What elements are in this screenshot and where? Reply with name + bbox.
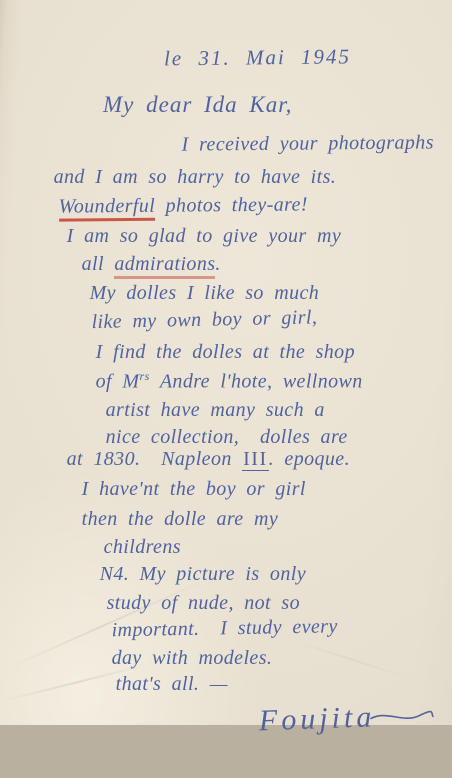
- letter-line: that's all. —: [74, 647, 228, 722]
- letter-paper: le 31. Mai 1945 My dear Ida Kar, I recei…: [0, 0, 452, 725]
- signature-line: Foujita: [211, 658, 437, 725]
- signature-flourish-icon: [369, 706, 436, 725]
- signature-text: Foujita: [258, 700, 375, 725]
